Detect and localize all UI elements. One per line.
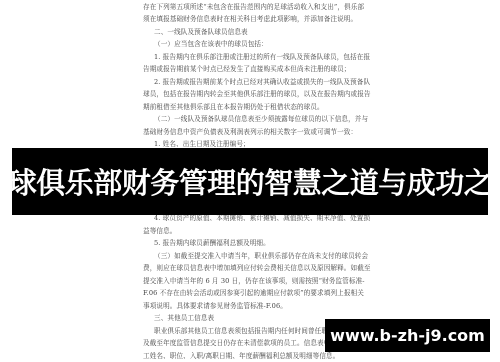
document-line: 4. 球员资产的原值、本期摊销、累计摊销、减值损失、期末净值、处置损 (154, 214, 370, 222)
document-line: 告期或报告期前某个时点已经发生了直接购买成本但尚未注册的球员； (143, 65, 351, 73)
document-line: 费，则应在球员信息表中增加填列应付转会费相关信息以及原因解释。如截至 (143, 264, 371, 272)
document-line: 球员，包括在报告期内转会至其他俱乐部注册的球员，以及在报告期内或报告 (143, 90, 371, 98)
overlay-title: 足球俱乐部财务管理的智慧之道与成功之路 (12, 148, 488, 215)
document-line: 提交准入申请当年的 6 月 30 日，仍存在该事项，则需按照“财务监管标准- (143, 277, 365, 285)
document-line: 益等信息。 (143, 227, 176, 235)
document-line: 2. 报告期或报告期前某个时点已经对其确认收益或损失的一线队及预备队 (154, 78, 370, 86)
document-line: 基础财务信息中资产负债表及利润表列示的相关数字一致或可调节一致： (143, 128, 357, 136)
watermark-url: www.b-zh-j9.com (325, 319, 490, 352)
document-line: 期前租借至其他俱乐部且在本报告期仍处于租借状态的球员。 (143, 103, 324, 111)
document-line: （二）一线队及预备队球员信息表至少须披露每位球员的以下信息，并与 (154, 115, 368, 123)
document-line: 事项说明。具体要求请参见财务监管标准-F.06。 (143, 302, 287, 310)
document-line: 1. 报告期内在俱乐部注册或注册过的所有一线队及预备队球员，包括在报 (154, 53, 370, 61)
document-line: 二、一线队及预备队球员信息表 (154, 28, 248, 36)
document-line: 5. 报告期内球员薪酬福利总额及明细。 (154, 239, 270, 247)
document-line: 工姓名、职位、入职/离职日期、年度薪酬福利总额及明细等信息。 (143, 352, 339, 360)
document-line: F.06 不存在由转会活动或因参赛引起的逾期应付款项”的要求填列上报相关 (143, 289, 364, 297)
document-line: （三）如截至提交准入申请当年，职业俱乐部仍存在尚未支付的球员转会 (154, 252, 368, 260)
document-line: （一）应当包含在该表中的球员包括： (154, 40, 268, 48)
document-line: 存在下列第五项所述“未包含在报告范围内的足球活动收入和支出”，俱乐部 (143, 3, 364, 11)
document-line: 须在填报基础财务信息表时在相关科目考虑此项影响，并添加备注说明。 (143, 15, 357, 23)
document-line: 三、其他员工信息表 (154, 314, 214, 322)
document-line: 1. 姓名、出生日期及注册编号； (154, 140, 250, 148)
